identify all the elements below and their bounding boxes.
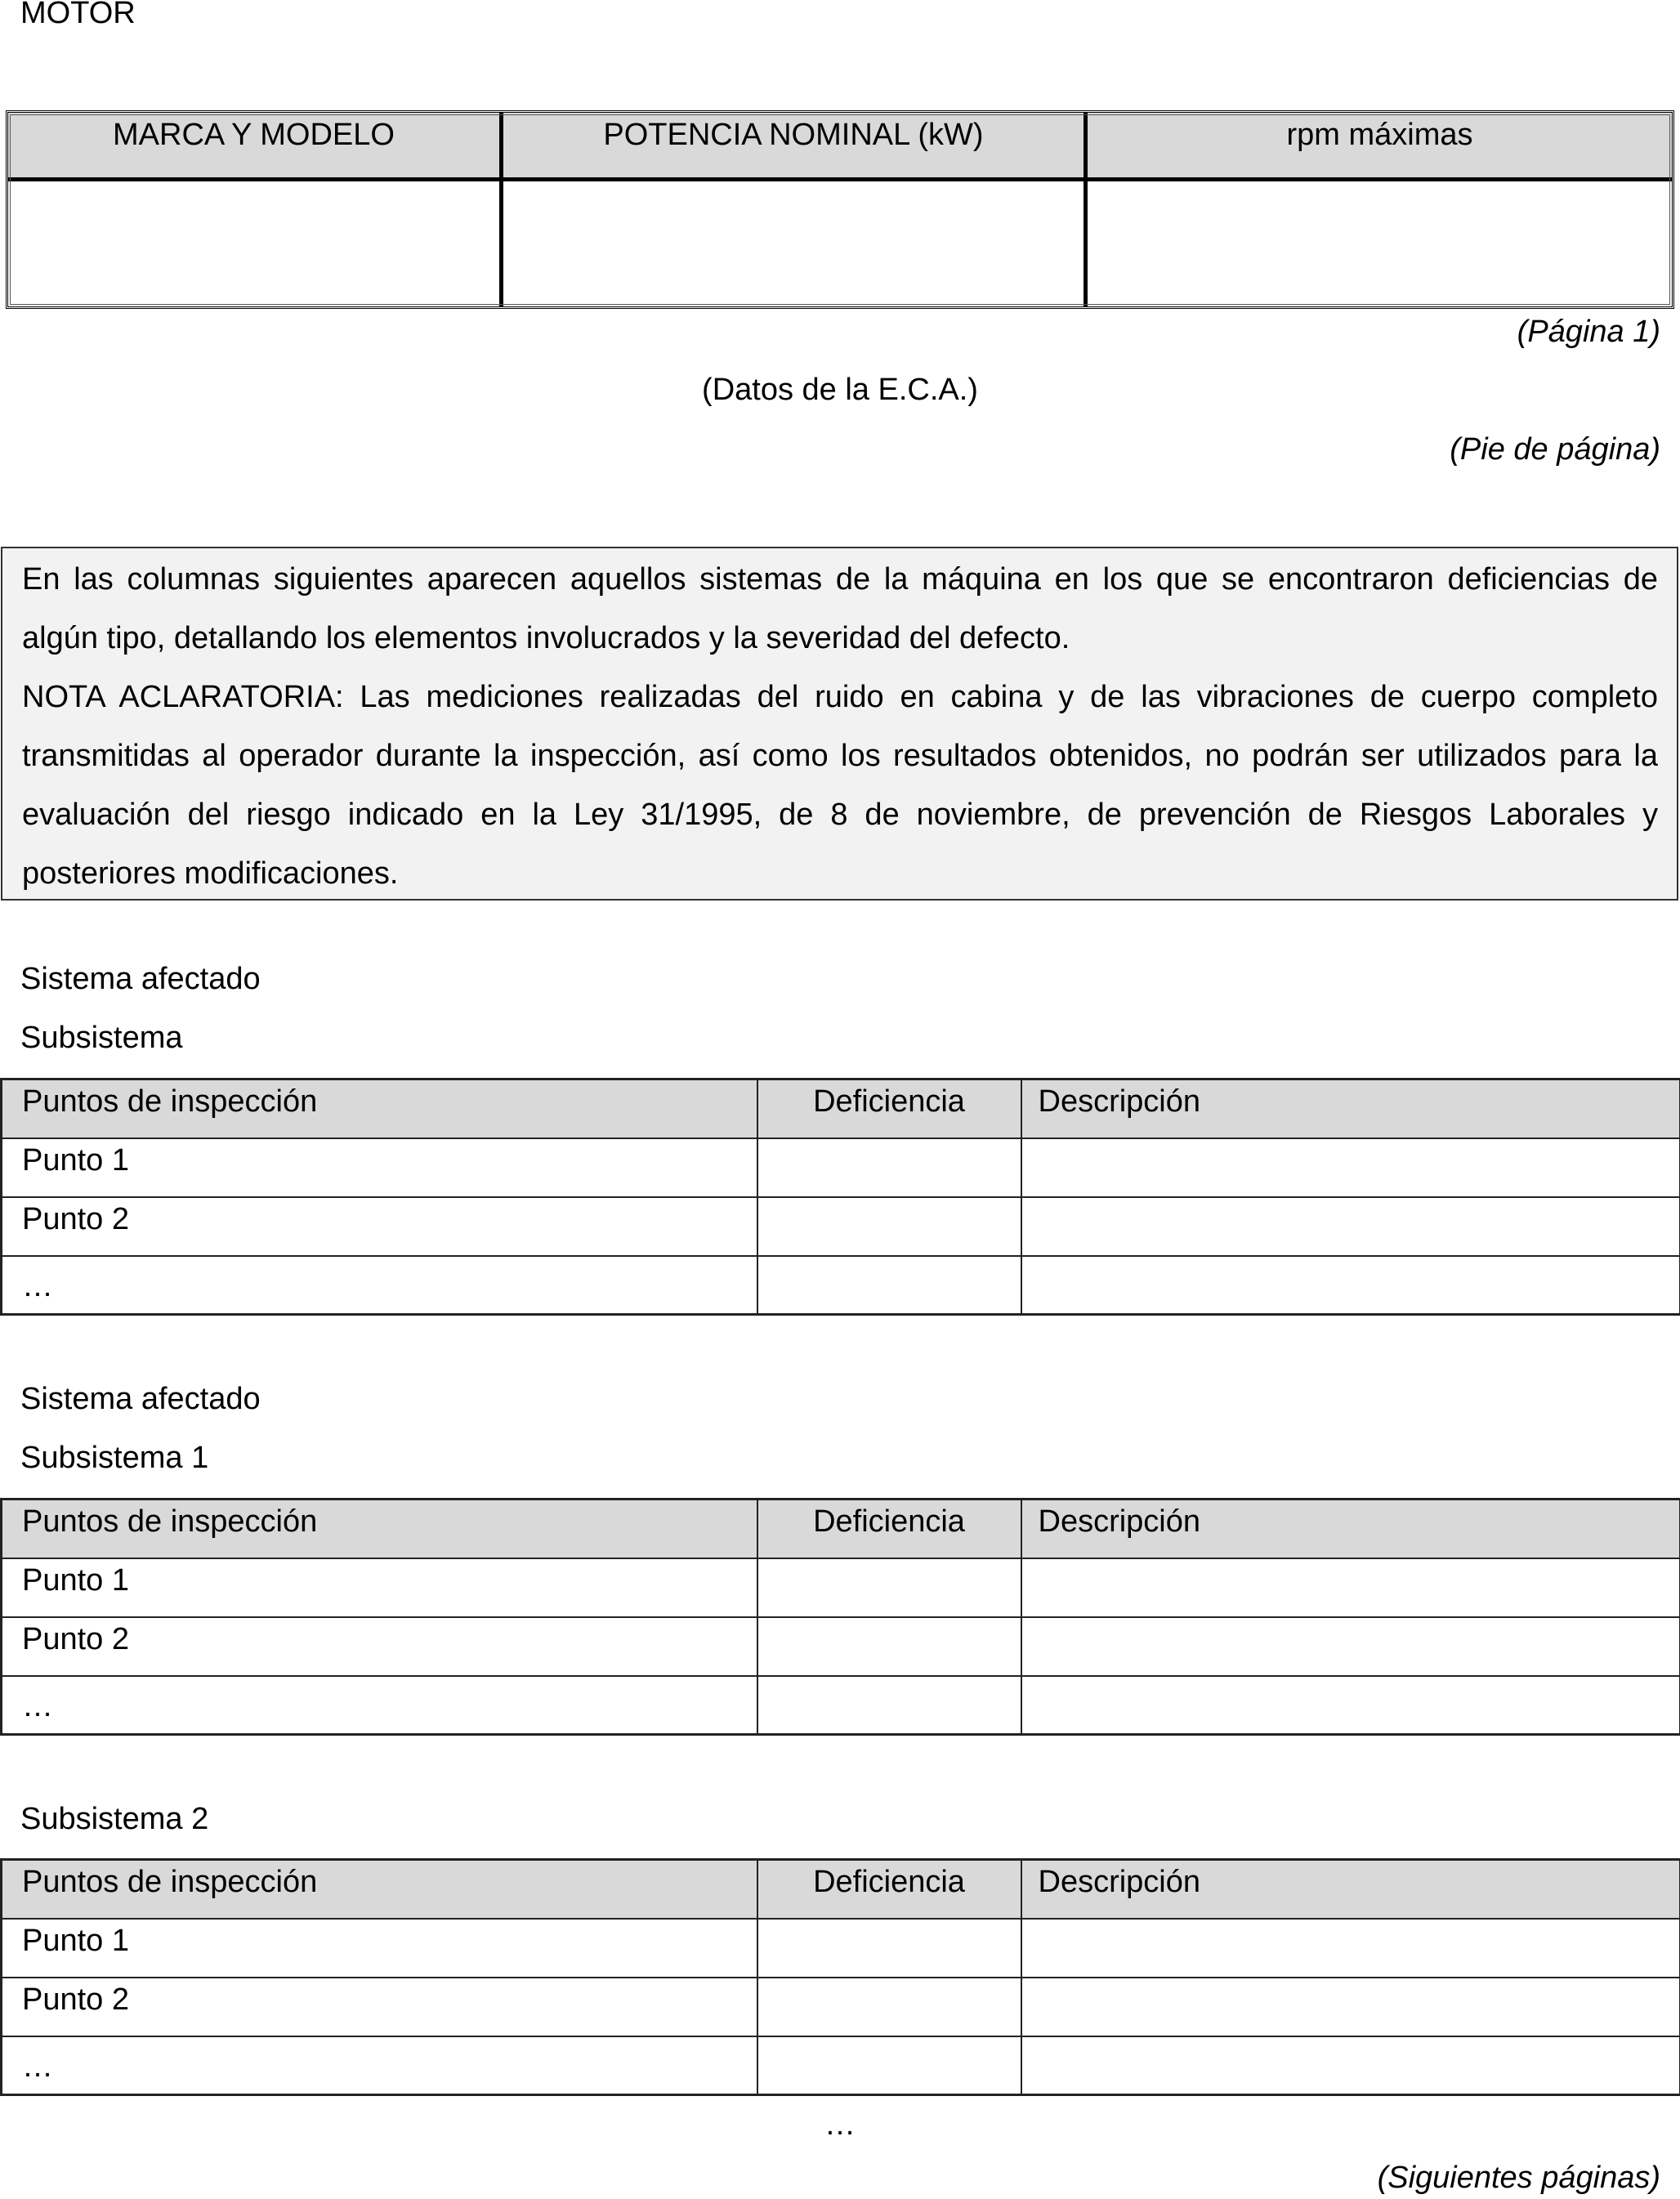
description-cell[interactable] <box>1021 2036 1680 2095</box>
potencia-nominal-cell[interactable] <box>502 180 1086 307</box>
inspection-point-cell: Punto 2 <box>2 1197 757 1256</box>
deficiency-cell[interactable] <box>757 2036 1021 2095</box>
inspection-point-cell: … <box>2 2036 757 2095</box>
table-row: Punto 2 <box>2 1978 1680 2036</box>
deficiency-cell[interactable] <box>757 1138 1021 1197</box>
description-cell[interactable] <box>1021 1919 1680 1978</box>
description-cell[interactable] <box>1021 1138 1680 1197</box>
deficiency-cell[interactable] <box>757 1617 1021 1676</box>
description-cell[interactable] <box>1021 1978 1680 2036</box>
section-1-system-label: Sistema afectado <box>20 961 261 997</box>
description-cell[interactable] <box>1021 1617 1680 1676</box>
header-inspection-points: Puntos de inspección <box>2 1079 757 1138</box>
section-2-system-label: Sistema afectado <box>20 1381 261 1417</box>
table-row: Punto 1 <box>2 1558 1680 1617</box>
section-3-inspection-table: Puntos de inspección Deficiencia Descrip… <box>0 1858 1680 2096</box>
table-row: Punto 2 <box>2 1617 1680 1676</box>
header-marca-modelo: MARCA Y MODELO <box>8 113 502 180</box>
motor-table-row <box>8 180 1672 307</box>
header-rpm-maximas: rpm máximas <box>1086 113 1673 180</box>
explanatory-note-box: En las columnas siguientes aparecen aque… <box>1 547 1678 901</box>
table-row: Punto 2 <box>2 1197 1680 1256</box>
header-deficiency: Deficiencia <box>757 1079 1021 1138</box>
next-pages-label: (Siguientes páginas) <box>1378 2160 1660 2196</box>
header-potencia-nominal: POTENCIA NOMINAL (kW) <box>502 113 1086 180</box>
header-description: Descripción <box>1021 1079 1680 1138</box>
header-deficiency: Deficiencia <box>757 1860 1021 1919</box>
inspection-point-cell: … <box>2 1256 757 1315</box>
inspection-point-cell: Punto 1 <box>2 1138 757 1197</box>
header-inspection-points: Puntos de inspección <box>2 1860 757 1919</box>
inspection-point-cell: Punto 1 <box>2 1919 757 1978</box>
motor-table: MARCA Y MODELO POTENCIA NOMINAL (kW) rpm… <box>6 110 1674 309</box>
note-intro-paragraph: En las columnas siguientes aparecen aque… <box>22 550 1658 668</box>
table-row: … <box>2 2036 1680 2095</box>
table-row: Punto 1 <box>2 1919 1680 1978</box>
eca-data-label: (Datos de la E.C.A.) <box>0 372 1680 408</box>
deficiency-cell[interactable] <box>757 1256 1021 1315</box>
inspection-point-cell: Punto 1 <box>2 1558 757 1617</box>
header-description: Descripción <box>1021 1500 1680 1558</box>
continuation-ellipsis: … <box>0 2107 1680 2143</box>
table-row: … <box>2 1676 1680 1735</box>
table-row: … <box>2 1256 1680 1315</box>
inspection-point-cell: … <box>2 1676 757 1735</box>
inspection-point-cell: Punto 2 <box>2 1617 757 1676</box>
inspection-table-header-row: Puntos de inspección Deficiencia Descrip… <box>2 1079 1680 1138</box>
section-1-subsystem-label: Subsistema <box>20 1020 183 1056</box>
table-row: Punto 1 <box>2 1138 1680 1197</box>
note-clarification-paragraph: NOTA ACLARATORIA: Las mediciones realiza… <box>22 668 1658 903</box>
header-deficiency: Deficiencia <box>757 1500 1021 1558</box>
inspection-point-cell: Punto 2 <box>2 1978 757 2036</box>
section-1-inspection-table: Puntos de inspección Deficiencia Descrip… <box>0 1078 1680 1316</box>
motor-title: MOTOR <box>20 0 136 31</box>
page-footer-label: (Pie de página) <box>1450 431 1660 467</box>
description-cell[interactable] <box>1021 1676 1680 1735</box>
marca-modelo-cell[interactable] <box>8 180 502 307</box>
inspection-table-header-row: Puntos de inspección Deficiencia Descrip… <box>2 1500 1680 1558</box>
deficiency-cell[interactable] <box>757 1558 1021 1617</box>
rpm-maximas-cell[interactable] <box>1086 180 1673 307</box>
section-2-inspection-table: Puntos de inspección Deficiencia Descrip… <box>0 1498 1680 1736</box>
deficiency-cell[interactable] <box>757 1919 1021 1978</box>
deficiency-cell[interactable] <box>757 1978 1021 2036</box>
inspection-table-header-row: Puntos de inspección Deficiencia Descrip… <box>2 1860 1680 1919</box>
description-cell[interactable] <box>1021 1558 1680 1617</box>
description-cell[interactable] <box>1021 1256 1680 1315</box>
description-cell[interactable] <box>1021 1197 1680 1256</box>
header-inspection-points: Puntos de inspección <box>2 1500 757 1558</box>
header-description: Descripción <box>1021 1860 1680 1919</box>
deficiency-cell[interactable] <box>757 1676 1021 1735</box>
section-3-subsystem-label: Subsistema 2 <box>20 1801 208 1837</box>
deficiency-cell[interactable] <box>757 1197 1021 1256</box>
page-number-label: (Página 1) <box>1517 314 1660 350</box>
section-2-subsystem-label: Subsistema 1 <box>20 1440 208 1476</box>
motor-table-header-row: MARCA Y MODELO POTENCIA NOMINAL (kW) rpm… <box>8 113 1672 180</box>
